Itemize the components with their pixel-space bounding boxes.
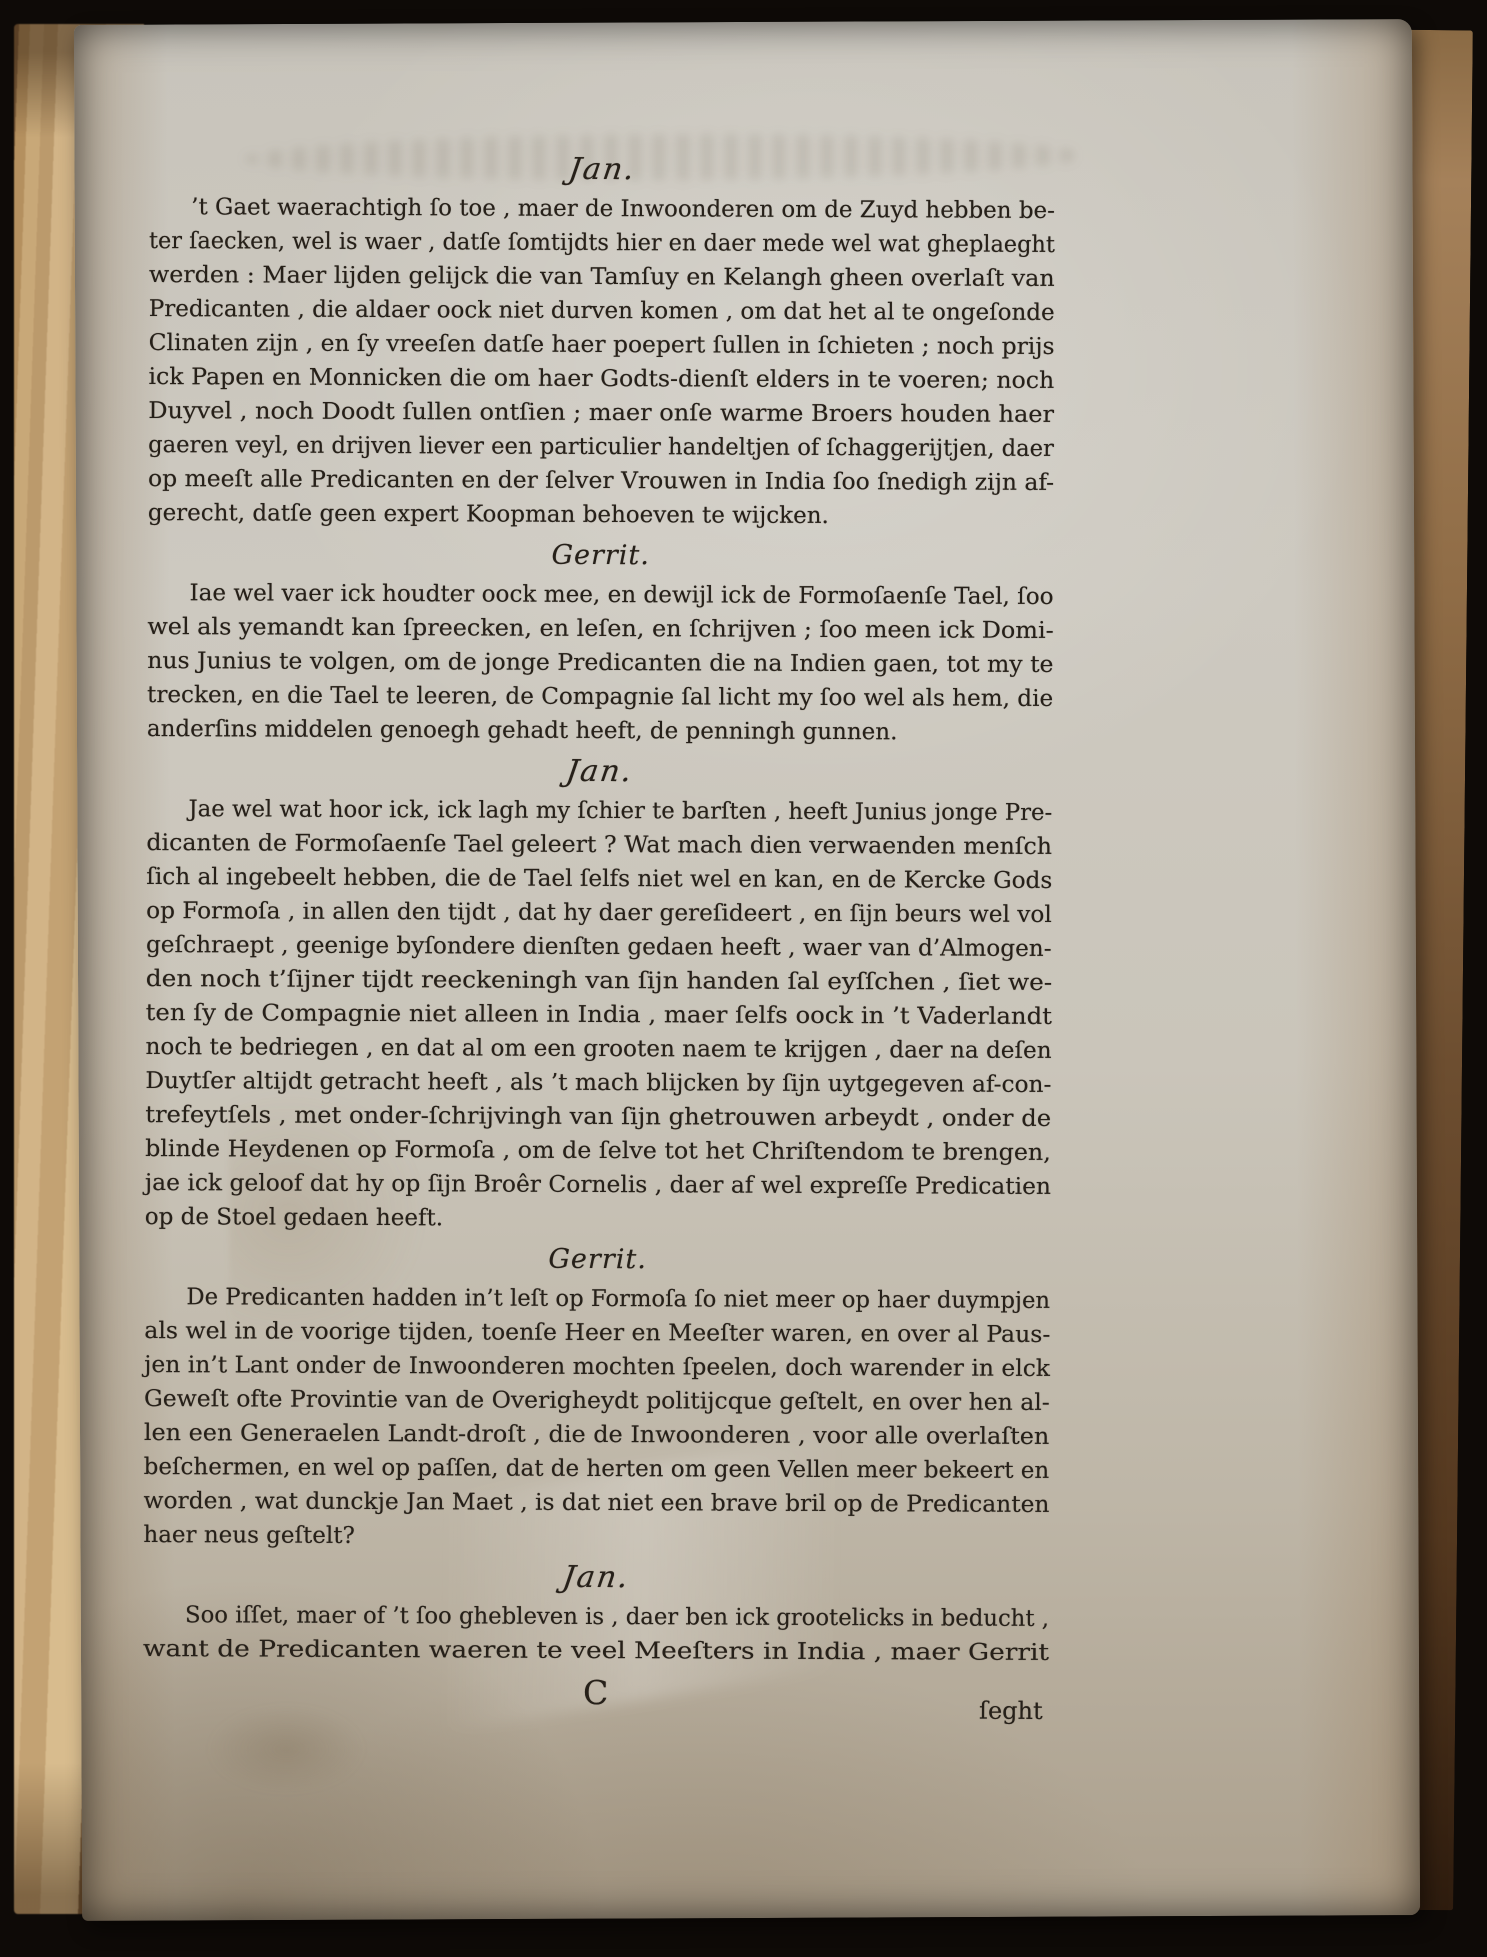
speaker-heading: Jan. — [144, 753, 1055, 791]
text-line: anderſins middelen genoegh gehadt heeft,… — [147, 712, 1053, 750]
dialogue-paragraph: Iae wel vaer ick houdter oock mee, en de… — [147, 576, 1054, 750]
dialogue: Jan.’t Gaet waerachtigh ſo toe , maer de… — [143, 151, 1056, 1670]
speaker-heading: Gerrit. — [148, 537, 1054, 575]
speaker-heading: Jan. — [147, 151, 1058, 189]
speaker-heading: Gerrit. — [145, 1241, 1051, 1279]
text-line: den noch t’ſijner tijdt reeckeningh van … — [146, 962, 1052, 1000]
text-line: len een Generaelen Landt-droſt , die de … — [144, 1416, 1050, 1454]
text-line: want de Predicanten waeren te veel Meeſt… — [143, 1632, 1049, 1670]
signature-mark: C — [143, 1674, 1049, 1712]
text-line: als wel in de voorige tijden, toenſe Hee… — [144, 1314, 1050, 1352]
text-line: geſchraept , geenige byſondere dienſten … — [146, 928, 1052, 966]
text-line: Iae wel vaer ick houdter oock mee, en de… — [147, 576, 1053, 614]
page-text-block: Jan.’t Gaet waerachtigh ſo toe , maer de… — [143, 144, 1056, 1744]
text-line: Jae wel wat hoor ick, ick lagh my ſchier… — [147, 792, 1053, 830]
text-line: jen in’t Lant onder de Inwoonderen mocht… — [144, 1348, 1050, 1386]
book-photo: Jan.’t Gaet waerachtigh ſo toe , maer de… — [0, 0, 1487, 1957]
text-line: worden , wat dunckje Jan Maet , is dat n… — [143, 1484, 1049, 1522]
text-line: blinde Heydenen op Formoſa , om de ſelve… — [145, 1132, 1051, 1170]
dialogue-paragraph: De Predicanten hadden in’t leſt op Formo… — [143, 1280, 1050, 1556]
text-line: jae ick geloof dat hy op ſijn Broêr Corn… — [145, 1166, 1051, 1204]
text-line: ’t Gaet waerachtigh ſo toe , maer de Inw… — [149, 190, 1055, 228]
text-line: noch te bedriegen , en dat al om een gro… — [145, 1030, 1051, 1068]
dialogue-paragraph: Soo iſſet, maer of ’t ſoo ghebleven is ,… — [143, 1598, 1049, 1670]
text-line: op Formoſa , in allen den tijdt , dat hy… — [146, 894, 1052, 932]
speaker-heading: Jan. — [141, 1559, 1052, 1597]
text-line: haer neus geſtelt? — [143, 1518, 1049, 1556]
text-line: wel als yemandt kan ſpreecken, en leſen,… — [147, 610, 1053, 648]
text-line: ſich al ingebeelt hebben, die de Tael ſe… — [146, 860, 1052, 898]
text-line: Duytſer altijdt getracht heeft , als ’t … — [145, 1064, 1051, 1102]
text-line: op meeſt alle Predicanten en der ſelver … — [148, 462, 1054, 500]
text-line: gaeren veyl, en drijven liever een parti… — [148, 428, 1054, 466]
text-line: Soo iſſet, maer of ’t ſoo ghebleven is ,… — [143, 1598, 1049, 1636]
text-line: werden : Maer lijden gelijck die van Tam… — [149, 258, 1055, 296]
text-line: Predicanten , die aldaer oock niet durve… — [149, 292, 1055, 330]
catchword: ſeght — [979, 1694, 1043, 1728]
text-line: De Predicanten hadden in’t leſt op Formo… — [144, 1280, 1050, 1318]
text-line: trecken, en die Tael te leeren, de Compa… — [147, 678, 1053, 716]
text-line: Duyvel , noch Doodt ſullen ontſien ; mae… — [148, 394, 1054, 432]
dialogue-paragraph: ’t Gaet waerachtigh ſo toe , maer de Inw… — [148, 190, 1055, 534]
text-line: nus Junius te volgen, om de jonge Predic… — [147, 644, 1053, 682]
dialogue-paragraph: Jae wel wat hoor ick, ick lagh my ſchier… — [145, 792, 1053, 1238]
text-line: ick Papen en Monnicken die om haer Godts… — [148, 360, 1054, 398]
text-line: op de Stoel gedaen heeft. — [145, 1200, 1051, 1238]
text-line: Clinaten zijn , en ſy vreeſen datſe haer… — [149, 326, 1055, 364]
text-line: ten ſy de Compagnie niet alleen in India… — [146, 996, 1052, 1034]
text-line: dicanten de Formoſaenſe Tael geleert ? W… — [146, 826, 1052, 864]
text-line: ter ſaecken, wel is waer , datſe ſomtijd… — [149, 224, 1055, 262]
text-line: trefeytſels , met onder-ſchrijvingh van … — [145, 1098, 1051, 1136]
signature-row: C ſeght — [143, 1668, 1049, 1744]
text-line: beſchermen, en wel op paſſen, dat de her… — [144, 1450, 1050, 1488]
text-line: gerecht, datſe geen expert Koopman behoe… — [148, 496, 1054, 534]
text-line: Geweſt ofte Provintie van de Overigheydt… — [144, 1382, 1050, 1420]
